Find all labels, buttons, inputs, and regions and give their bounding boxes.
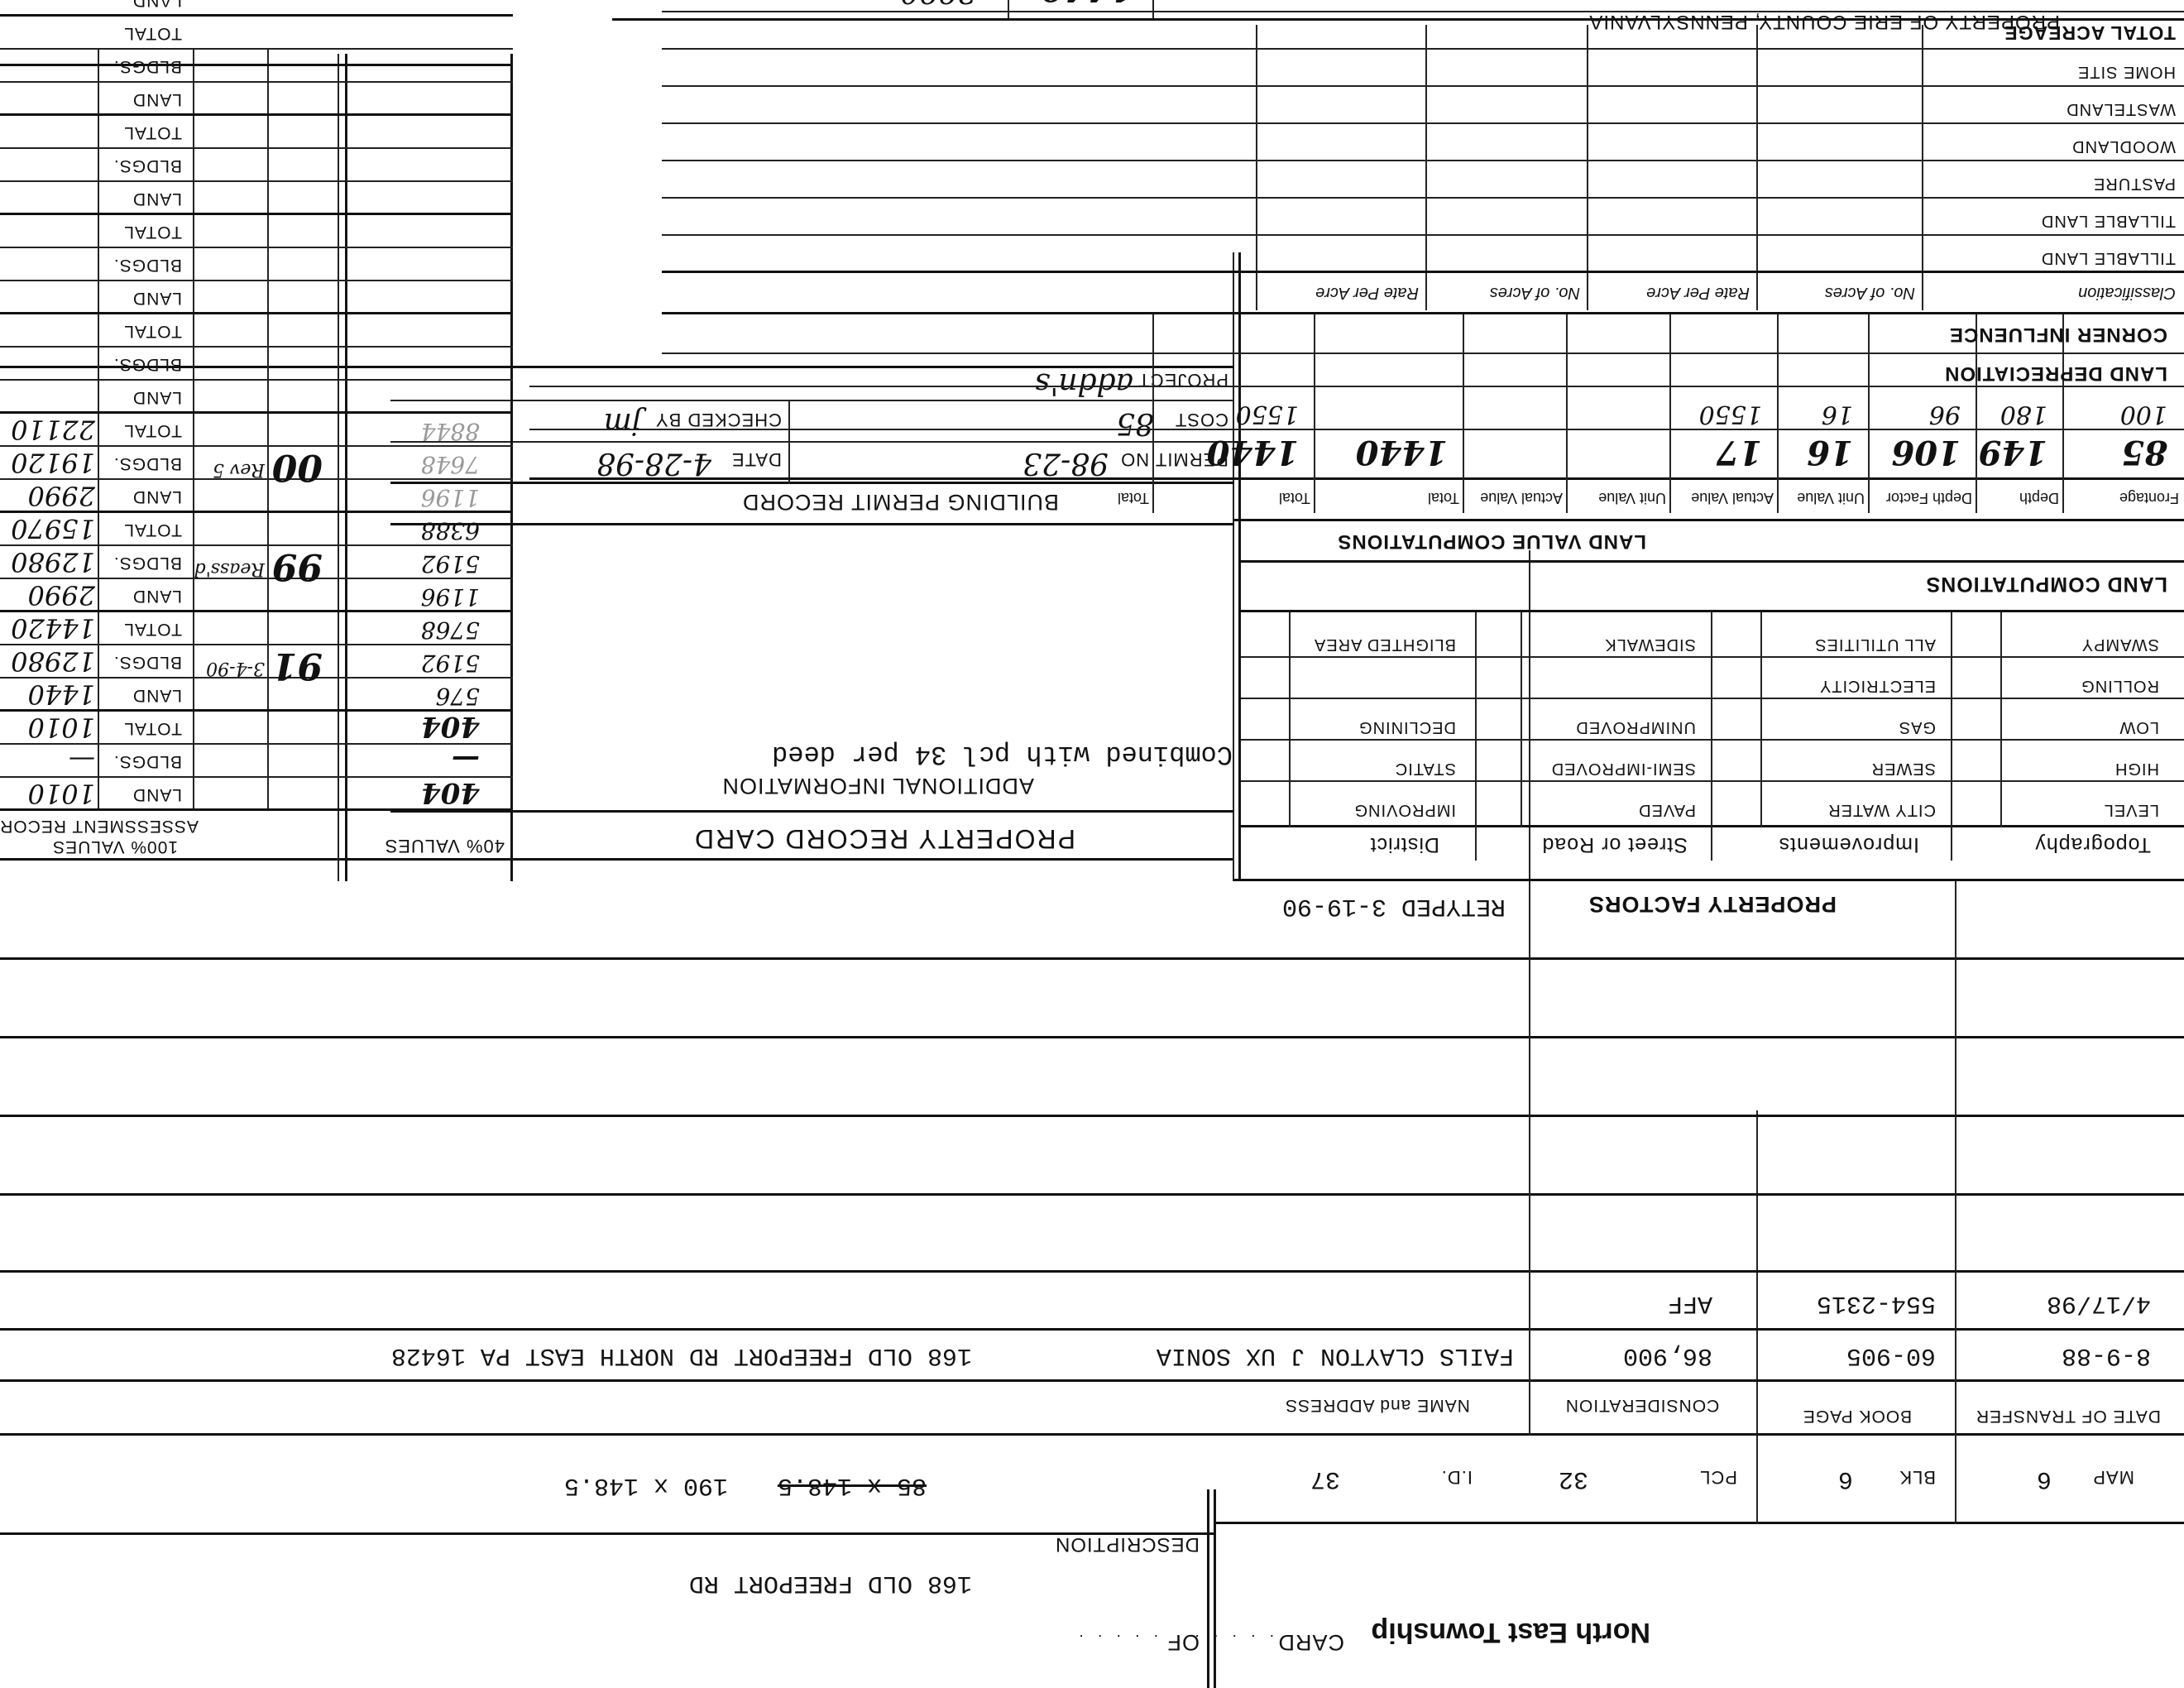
- property-factor-option: ALL UTILITIES: [1814, 635, 1936, 654]
- id-label: I.D.: [1441, 1466, 1473, 1488]
- rule: [0, 346, 513, 348]
- transfer-address: 168 OLD FREEPORT RD NORTH EAST PA 16428: [391, 1341, 972, 1369]
- lvc-title: LAND VALUE COMPUTATIONS: [1337, 530, 1646, 553]
- acreage-header: No. of Acres: [1490, 283, 1580, 302]
- of-label: OF: [1167, 1629, 1200, 1655]
- lvc-column-header: Frontage: [2119, 489, 2179, 506]
- pct40-value: 1196: [421, 583, 480, 611]
- property-factor-option: ELECTRICITY: [1819, 676, 1936, 695]
- assessment-row-label: TOTAL: [123, 718, 182, 738]
- divider: [510, 54, 513, 881]
- pct40-value: 7648: [421, 451, 480, 478]
- rule: [0, 247, 513, 248]
- map-value: 6: [2037, 1465, 2052, 1493]
- additional-info-title: ADDITIONAL INFORMATION: [721, 773, 1034, 798]
- assessment-note: 3-4-90: [206, 658, 265, 679]
- divider: [1777, 314, 1779, 513]
- improvements-header: Improvements: [1779, 832, 1919, 856]
- property-factor-option: PAVED: [1638, 800, 1696, 819]
- name-address-header: NAME and ADDRESS: [1233, 1395, 1522, 1415]
- pct100-value: 15970: [11, 513, 95, 544]
- divider: [1669, 314, 1671, 513]
- divider: [267, 50, 269, 811]
- lvc-cell: 16: [1807, 433, 1853, 472]
- acreage-header: Rate Per Acre: [1646, 283, 1750, 302]
- lvc-cell: 96: [1929, 400, 1961, 429]
- pct100-value: 2990: [28, 579, 95, 611]
- pct100-value: 14420: [11, 612, 95, 644]
- building-permit-title: BUILDING PERMIT RECORD: [742, 489, 1059, 515]
- transfer-consideration: AFF: [1668, 1289, 1712, 1317]
- rule: [0, 180, 513, 182]
- pct100-value: 12980: [11, 645, 95, 677]
- checked-by-label: CHECKED BY: [655, 409, 782, 430]
- divider: [1207, 1489, 1209, 1688]
- divider: [1314, 314, 1315, 513]
- project-label: PROJECT: [1137, 369, 1228, 391]
- district-header: District: [1370, 832, 1439, 856]
- of-dots: . . . . .: [1074, 1630, 1158, 1648]
- assessment-row-label: LAND: [132, 288, 182, 308]
- pcl-label: PCL: [1699, 1466, 1737, 1488]
- rule: [0, 312, 513, 314]
- pct40-value: 8844: [421, 418, 480, 445]
- lvc-column-header: Unit Value: [1598, 489, 1666, 506]
- rule: [0, 366, 1234, 368]
- corner-influence-label: CORNER INFLUENCE: [1949, 323, 2167, 346]
- map-label: MAP: [2092, 1466, 2134, 1488]
- pct40-value: 404: [421, 776, 480, 809]
- lvc-cell: 1550: [1699, 400, 1762, 429]
- divider: [1711, 612, 1712, 861]
- divider: [1756, 1110, 1758, 1524]
- divider: [1922, 25, 1923, 310]
- assessment-row-label: LAND: [132, 487, 182, 506]
- total-land-value-2: 2990: [900, 0, 976, 8]
- transfer-book-page: 60-905: [1846, 1341, 1936, 1369]
- rule: [1241, 560, 2184, 563]
- pct100-value: 22110: [11, 414, 95, 445]
- rule: [0, 1328, 2184, 1331]
- description-struck: 85 x 148.5: [778, 1471, 927, 1499]
- assessment-row-label: LAND: [132, 784, 182, 804]
- property-factor-option: ROLLING: [2081, 676, 2159, 695]
- pct100-header: 100% VALUES: [52, 837, 178, 856]
- acreage-header: Classification: [2078, 283, 2176, 302]
- divider: [1152, 314, 1154, 513]
- lvc-column-header: Actual Value: [1480, 489, 1563, 506]
- rule: [390, 810, 1234, 813]
- divider: [788, 401, 790, 484]
- property-factor-option: LEVEL: [2104, 800, 2159, 819]
- property-factor-option: DECLINING: [1358, 717, 1456, 736]
- record-card-title: PROPERTY RECORD CARD: [693, 823, 1075, 854]
- lvc-column-header: Total: [1118, 489, 1149, 506]
- divider: [1529, 881, 1530, 1436]
- rule: [529, 477, 2184, 480]
- rule: [1241, 825, 2184, 827]
- pct40-header: 40% VALUES: [385, 835, 505, 856]
- rule: [0, 113, 513, 116]
- divider: [1566, 314, 1568, 513]
- lvc-cell: 1440: [1356, 433, 1448, 472]
- assessment-note: Rev 5: [213, 459, 265, 480]
- acreage-row-label: PASTURE: [2093, 174, 2176, 193]
- cost-value: 85: [1116, 406, 1154, 440]
- property-factor-option: SEMI-IMPROVED: [1551, 759, 1696, 778]
- divider: [338, 54, 339, 881]
- rule: [529, 429, 2184, 430]
- rule: [0, 147, 513, 149]
- pct40-value: 1196: [421, 484, 480, 511]
- rule: [0, 1379, 2184, 1382]
- rule: [662, 197, 2184, 199]
- assessment-year: 00: [272, 446, 323, 488]
- lvc-column-header: Depth Factor: [1886, 489, 1972, 506]
- card-dots: . . . . .: [1190, 1630, 1274, 1648]
- property-factor-option: HIGH: [2115, 759, 2159, 778]
- rule: [0, 1433, 2184, 1436]
- assessment-row-label: LAND: [132, 0, 182, 10]
- divider: [1955, 881, 1956, 1436]
- lvc-column-header: Actual Value: [1691, 489, 1774, 506]
- assessment-row-label: LAND: [132, 586, 182, 606]
- permit-date-value: 4-28-98: [596, 446, 711, 480]
- lvc-column-header: Total: [1279, 489, 1310, 506]
- acreage-row-label: WASTELAND: [2066, 99, 2176, 118]
- assessment-year: 91: [272, 645, 323, 687]
- rule: [1241, 656, 2184, 658]
- additional-info-text: Combined with pcl 34 per deed: [772, 739, 1233, 770]
- divider: [1256, 25, 1257, 310]
- retyped-note: RETYPED 3-19-90: [1282, 892, 1506, 920]
- divider: [1214, 1489, 1216, 1688]
- assessment-row-label: BLDGS.: [113, 553, 182, 573]
- land-computations-title: LAND COMPUTATIONS: [1926, 572, 2167, 596]
- lvc-cell: 17: [1716, 433, 1762, 472]
- lvc-cell: 149: [1979, 433, 2048, 472]
- rule: [1234, 519, 2184, 521]
- cost-label: COST: [1175, 409, 1228, 430]
- assessment-row-label: LAND: [132, 387, 182, 407]
- divider: [1521, 612, 1522, 827]
- transfer-name: FAILS CLAYTON J UX SONIA: [1157, 1341, 1514, 1369]
- rule: [0, 1270, 2184, 1273]
- pct40-value: —: [452, 743, 480, 776]
- divider: [1475, 612, 1477, 861]
- pct100-value: 2990: [28, 480, 95, 511]
- divider: [1760, 612, 1762, 827]
- assessment-row-label: BLDGS.: [113, 453, 182, 473]
- divider: [1868, 314, 1870, 513]
- lvc-cell: 106: [1892, 433, 1961, 472]
- property-factor-option: GAS: [1899, 717, 1936, 736]
- rule: [1216, 1522, 2184, 1524]
- pcl-value: 32: [1559, 1465, 1588, 1493]
- rule: [0, 445, 513, 447]
- rule: [1233, 879, 2184, 881]
- assessment-row-label: BLDGS.: [113, 354, 182, 374]
- rule: [0, 14, 513, 17]
- rule: [0, 743, 513, 745]
- rule: [1241, 739, 2184, 741]
- divider: [1463, 314, 1464, 513]
- description-line2: 190 x 148.5: [564, 1471, 728, 1499]
- divider: [345, 54, 347, 881]
- rule: [662, 271, 2184, 273]
- lvc-cell: 85: [2121, 433, 2167, 472]
- pct100-value: 19120: [11, 447, 95, 478]
- divider: [2000, 612, 2002, 827]
- pct40-value: 5192: [421, 650, 480, 677]
- property-factor-option: SIDEWALK: [1604, 635, 1696, 654]
- divider: [1425, 25, 1427, 310]
- property-factor-option: SWAMPY: [2081, 635, 2159, 654]
- assessment-row-label: TOTAL: [123, 420, 182, 440]
- rule: [0, 1115, 2184, 1117]
- assessment-row-label: TOTAL: [123, 122, 182, 142]
- land-depreciation-label: LAND DEPRECIATION: [1944, 362, 2167, 385]
- assessment-row-label: TOTAL: [123, 619, 182, 639]
- project-value: addn's: [1035, 367, 1133, 400]
- ownership-footer: PROPERTY OF ERIE COUNTY, PENNSYLVANIA: [1588, 10, 2060, 33]
- rule: [662, 48, 2184, 50]
- rule: [1241, 610, 2184, 612]
- rule: [662, 85, 2184, 87]
- assessment-title: ASSESSMENT RECORD: [0, 816, 199, 836]
- rule: [0, 379, 513, 381]
- rule: [390, 441, 1234, 443]
- property-factor-option: SEWER: [1871, 759, 1936, 778]
- pct100-value: —: [69, 745, 95, 776]
- acreage-header: No. of Acres: [1825, 283, 1915, 302]
- id-value: 37: [1310, 1465, 1340, 1493]
- date-of-transfer-header: DATE OF TRANSFER: [1969, 1407, 2167, 1425]
- card-label: CARD: [1277, 1629, 1344, 1655]
- rule: [390, 523, 1234, 525]
- assessment-row-label: TOTAL: [123, 23, 182, 43]
- assessment-row-label: LAND: [132, 685, 182, 705]
- description-line1: 168 OLD FREEPORT RD: [689, 1569, 972, 1597]
- assessment-row-label: TOTAL: [123, 222, 182, 242]
- rule: [0, 1036, 2184, 1038]
- acreage-row-label: WOODLAND: [2071, 137, 2176, 156]
- rule: [662, 160, 2184, 161]
- lvc-column-header: Depth: [2019, 489, 2059, 506]
- street-header: Street or Road: [1541, 832, 1688, 856]
- assessment-year: 99: [272, 545, 323, 587]
- blk-value: 6: [1838, 1465, 1853, 1493]
- divider: [1289, 612, 1291, 827]
- property-factor-option: UNIMPROVED: [1575, 717, 1696, 736]
- pct40-value: 576: [436, 683, 480, 710]
- rule: [662, 352, 2184, 354]
- property-factor-option: STATIC: [1395, 759, 1456, 778]
- pct100-value: 1440: [28, 679, 95, 710]
- acreage-row-label: TILLABLE LAND: [2041, 248, 2176, 267]
- rule: [1241, 698, 2184, 699]
- assessment-row-label: BLDGS.: [113, 652, 182, 672]
- consideration-header: CONSIDERATION: [1539, 1395, 1746, 1415]
- assessment-row-label: LAND: [132, 89, 182, 109]
- pct100-value: 1010: [28, 778, 95, 809]
- assessment-note: Reass'd: [194, 559, 265, 579]
- rule: [0, 776, 513, 778]
- lvc-cell: 1550: [1236, 400, 1299, 429]
- divider: [193, 50, 194, 811]
- property-factor-option: IMPROVING: [1354, 800, 1456, 819]
- rule: [662, 312, 2184, 314]
- lvc-cell: 180: [2000, 400, 2047, 429]
- property-factor-option: CITY WATER: [1827, 800, 1936, 819]
- description-label: DESCRIPTION: [1055, 1532, 1200, 1556]
- rule: [0, 957, 2184, 960]
- acreage-header: Rate Per Acre: [1315, 283, 1419, 302]
- rule: [0, 644, 513, 645]
- lvc-cell: 16: [1822, 400, 1853, 429]
- transfer-date: 8-9-88: [2062, 1341, 2151, 1369]
- blk-label: BLK: [1899, 1466, 1936, 1488]
- rule: [529, 386, 2184, 387]
- topography-header: Topography: [2034, 832, 2151, 856]
- lvc-column-header: Unit Value: [1797, 489, 1865, 506]
- rule: [0, 411, 513, 414]
- book-page-header: BOOK PAGE: [1766, 1407, 1948, 1425]
- rule: [0, 64, 513, 66]
- property-record-card: North East Township CARD . . . . . OF . …: [0, 0, 2184, 1688]
- divider: [98, 50, 99, 811]
- total-land-value-1: 1440: [1042, 0, 1133, 8]
- rule: [662, 122, 2184, 124]
- rule: [0, 48, 513, 50]
- lvc-cell: 1440: [1207, 433, 1299, 472]
- divider: [1233, 252, 1234, 881]
- pct40-value: 404: [421, 710, 480, 743]
- checked-by-value: jm: [604, 406, 641, 440]
- acreage-row-label: TILLABLE LAND: [2041, 211, 2176, 230]
- rule: [0, 1532, 1216, 1535]
- assessment-row-label: LAND: [132, 189, 182, 209]
- rule: [0, 280, 513, 281]
- assessment-row-label: BLDGS.: [113, 751, 182, 771]
- property-factor-option: BLIGHTED AREA: [1314, 635, 1456, 654]
- assessment-row-label: BLDGS.: [113, 255, 182, 275]
- rule: [0, 213, 513, 215]
- rule: [1241, 780, 2184, 782]
- date-label: DATE: [731, 448, 782, 470]
- assessment-row-label: BLDGS.: [113, 56, 182, 76]
- transfer-consideration: 86,900: [1623, 1341, 1712, 1369]
- transfer-book-page: 554-2315: [1817, 1289, 1936, 1317]
- pct100-value: 1010: [28, 712, 95, 743]
- transfer-date: 4/17/98: [2047, 1289, 2151, 1317]
- township-title: North East Township: [1372, 1616, 1650, 1648]
- pct40-value: 6388: [421, 517, 480, 544]
- divider: [1756, 25, 1758, 310]
- rule: [0, 81, 513, 83]
- assessment-row-label: BLDGS.: [113, 156, 182, 175]
- property-factor-option: LOW: [2119, 717, 2159, 736]
- rule: [0, 858, 1233, 861]
- pct100-value: 12980: [11, 546, 95, 578]
- assessment-row-label: TOTAL: [123, 321, 182, 341]
- rule: [390, 482, 1234, 484]
- rule: [0, 544, 513, 546]
- acreage-row-label: HOME SITE: [2077, 62, 2176, 81]
- pct40-value: 5192: [421, 550, 480, 578]
- lvc-cell: 100: [2120, 400, 2167, 429]
- divider: [1951, 612, 1952, 861]
- lvc-column-header: Total: [1428, 489, 1459, 506]
- permit-no-value: 98-23: [1023, 446, 1109, 480]
- rule: [0, 1193, 2184, 1196]
- assessment-row-label: TOTAL: [123, 520, 182, 539]
- property-factors-title: PROPERTY FACTORS: [1588, 891, 1837, 917]
- rule: [662, 234, 2184, 236]
- divider: [1238, 252, 1241, 881]
- divider: [1587, 25, 1588, 310]
- pct40-value: 5768: [421, 616, 480, 644]
